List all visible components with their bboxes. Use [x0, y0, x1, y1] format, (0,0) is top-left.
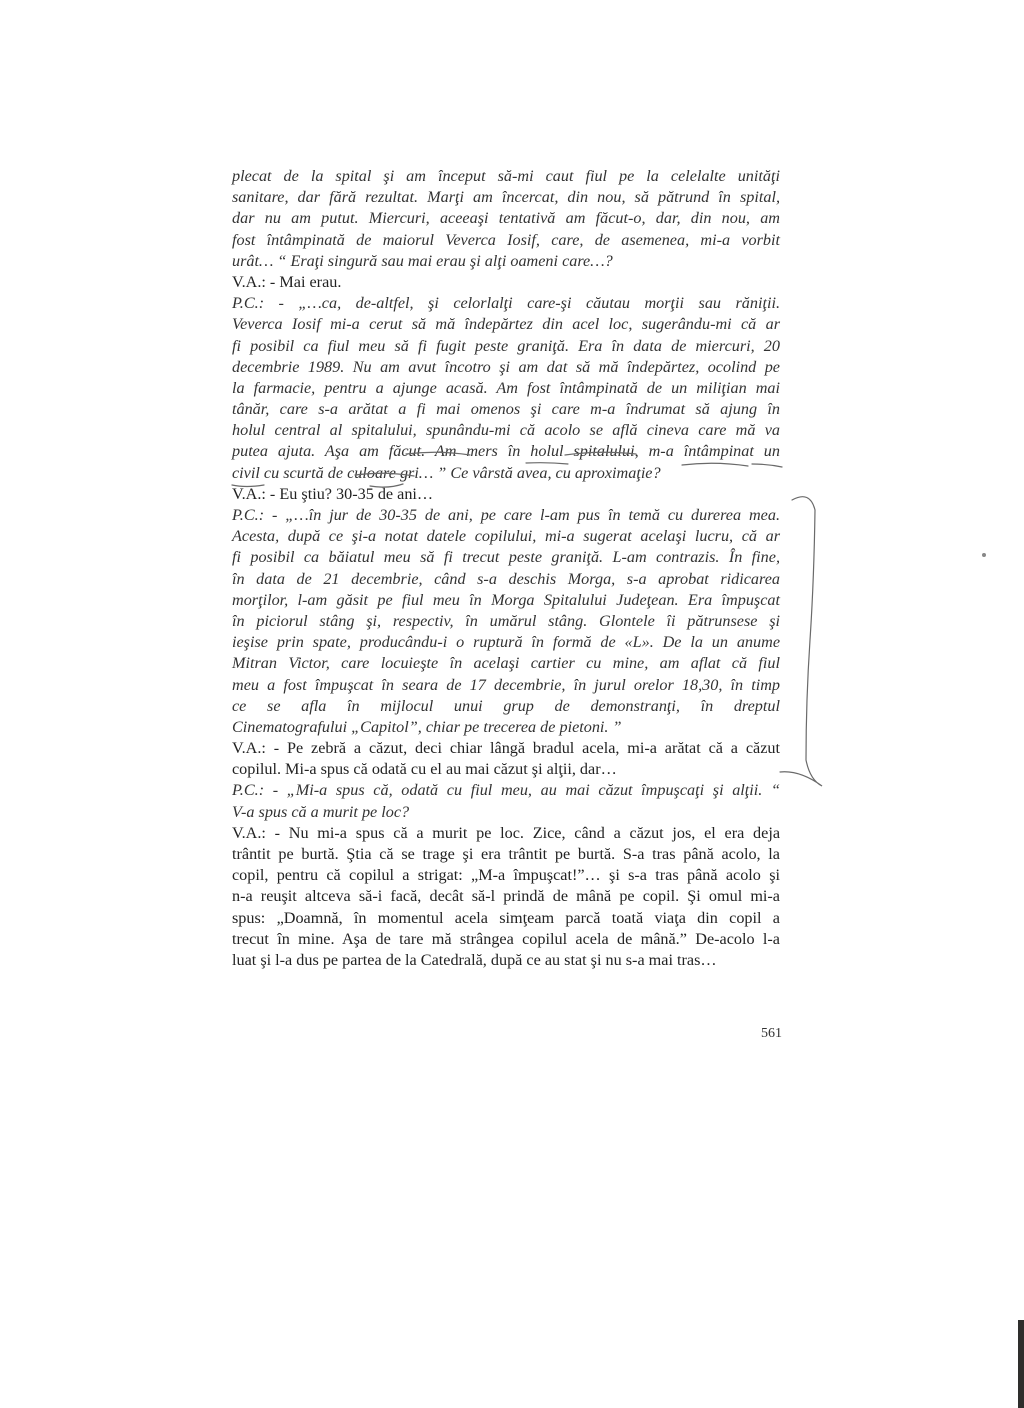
scan-edge-shadow — [1018, 1320, 1024, 1408]
text-line: P.C.: - „Mi-a spus că, odată cu fiul meu… — [232, 780, 780, 801]
text-line: V-a spus că a murit pe loc? — [232, 802, 780, 823]
text-line: Cinematografului „Capitol”, chiar pe tre… — [232, 717, 780, 738]
text-line: copilul. Mi-a spus că odată cu el au mai… — [232, 759, 780, 780]
page-number: 561 — [761, 1026, 782, 1042]
text-line: Veverca Iosif mi-a cerut să mă îndepărte… — [232, 314, 780, 335]
text-line: fost întâmpinată de maiorul Veverca Iosi… — [232, 230, 780, 251]
text-line: copil, pentru că copilul a strigat: „M-a… — [232, 865, 780, 886]
text-line: morţilor, l-am găsit pe fiul meu în Morg… — [232, 590, 780, 611]
text-line: Mitran Victor, care locuieşte în acelaşi… — [232, 653, 780, 674]
text-line: V.A.: - Pe zebră a căzut, deci chiar lân… — [232, 738, 780, 759]
text-line: P.C.: - „…în jur de 30-35 de ani, pe car… — [232, 505, 780, 526]
margin-bracket — [780, 497, 822, 786]
text-line: ieşise prin spate, producându-i o ruptur… — [232, 632, 780, 653]
text-line: n-a reuşit altceva să-i facă, decât să-l… — [232, 886, 780, 907]
text-line: luat şi l-a dus pe partea de la Catedral… — [232, 950, 780, 971]
text-line: ce se afla în mijlocul unui grup de demo… — [232, 696, 780, 717]
text-line: plecat de la spital şi am început să-mi … — [232, 166, 780, 187]
text-line: meu a fost împuşcat în seara de 17 decem… — [232, 675, 780, 696]
text-line: sanitare, dar fără rezultat. Marţi am în… — [232, 187, 780, 208]
text-line: V.A.: - Eu ştiu? 30-35 de ani… — [232, 484, 780, 505]
text-line: tânăr, care s-a arătat a fi mai omenos ş… — [232, 399, 780, 420]
text-line: dar nu am putut. Miercuri, aceeaşi tenta… — [232, 208, 780, 229]
text-line: Acesta, după ce şi-a notat datele copilu… — [232, 526, 780, 547]
scan-speck — [982, 553, 986, 557]
text-line: V.A.: - Nu mi-a spus că a murit pe loc. … — [232, 823, 780, 844]
text-line: trecut în mine. Aşa de tare mă strângea … — [232, 929, 780, 950]
text-line: decembrie 1989. Nu am avut încotro şi am… — [232, 357, 780, 378]
text-line: la farmacie, pentru a ajunge acasă. Am f… — [232, 378, 780, 399]
text-line: în piciorul stâng şi, respectiv, în umăr… — [232, 611, 780, 632]
text-line: trântit pe burtă. Ştia că se trage şi er… — [232, 844, 780, 865]
text-line: spus: „Doamnă, în momentul acela simţeam… — [232, 908, 780, 929]
text-line: holul central al spitalului, spunându-mi… — [232, 420, 780, 441]
text-line: fi posibil ca băiatul meu să fi trecut p… — [232, 547, 780, 568]
text-line: urât… “ Eraţi singură sau mai erau şi al… — [232, 251, 780, 272]
document-body: plecat de la spital şi am început să-mi … — [232, 166, 780, 971]
text-line: putea ajuta. Aşa am făcut. Am mers în ho… — [232, 441, 780, 462]
text-line: fi posibil ca fiul meu să fi fugit peste… — [232, 336, 780, 357]
text-line: în data de 21 decembrie, când s-a deschi… — [232, 569, 780, 590]
text-line: P.C.: - „…ca, de-altfel, şi celorlalţi c… — [232, 293, 780, 314]
text-line: civil cu scurtă de culoare gri… ” Ce vâr… — [232, 463, 780, 484]
text-line: V.A.: - Mai erau. — [232, 272, 780, 293]
